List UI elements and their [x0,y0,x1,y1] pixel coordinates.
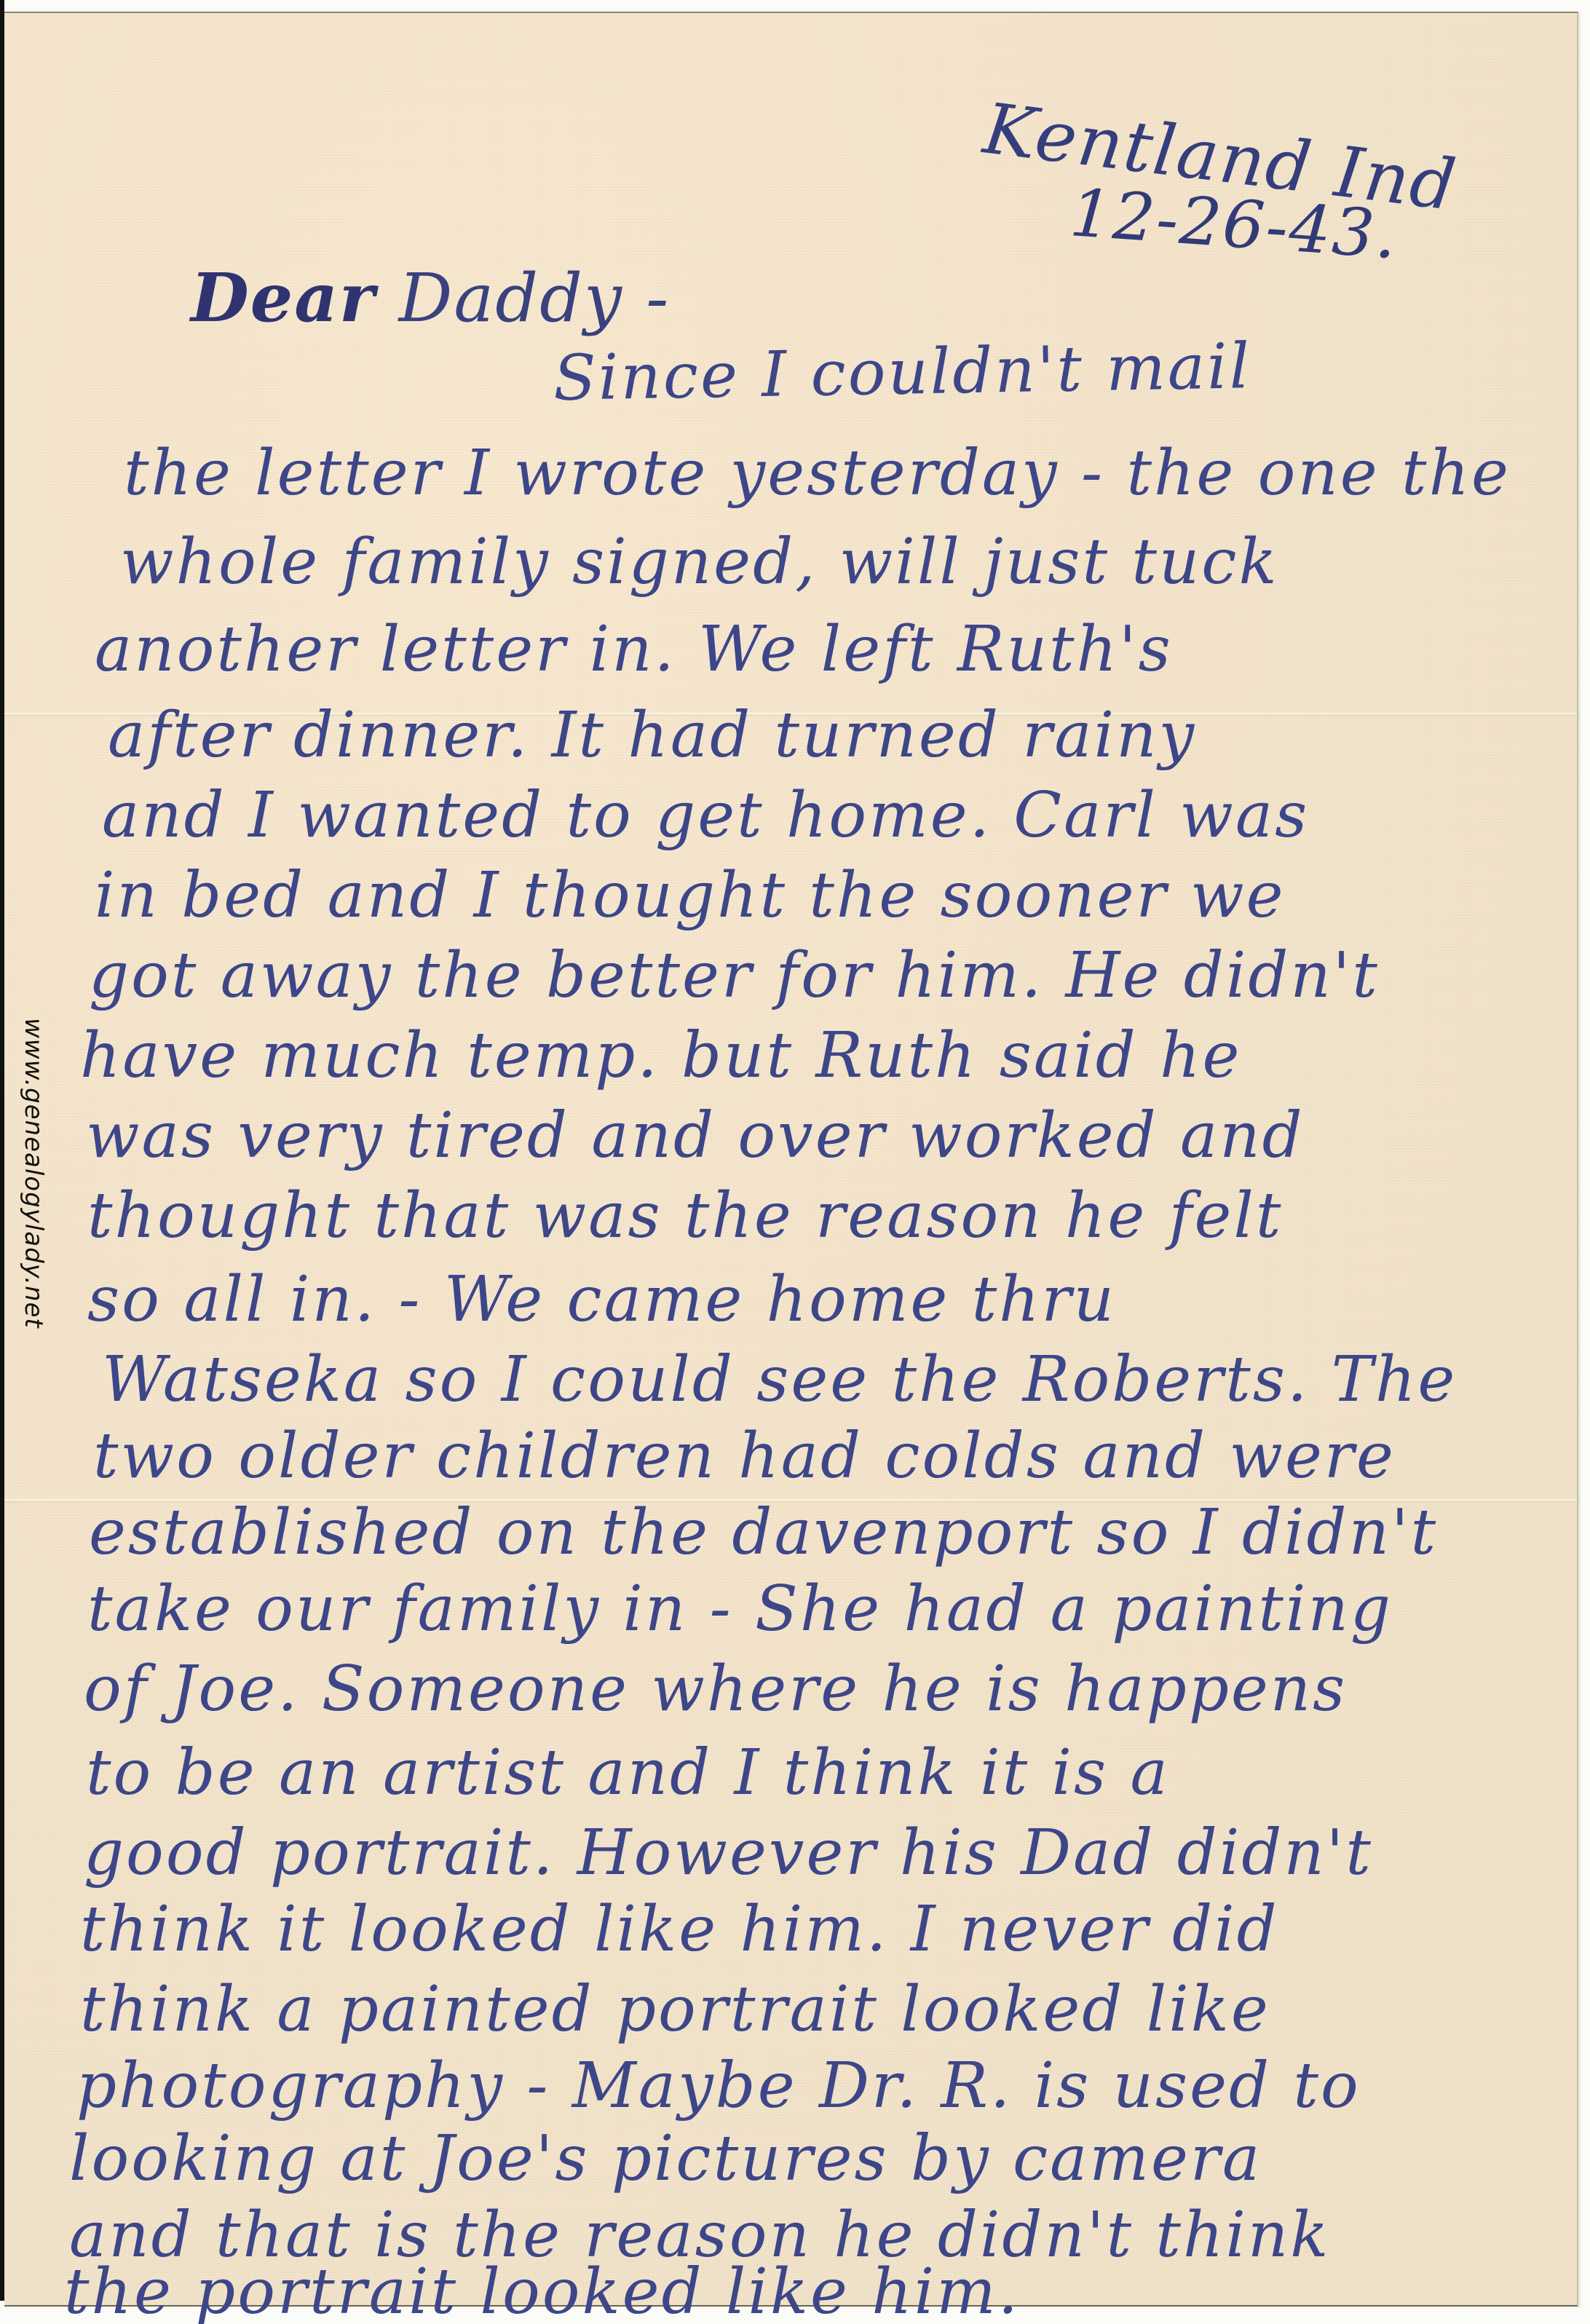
body-line: was very tired and over worked and [86,1099,1305,1172]
greeting-name: Daddy - [399,259,671,337]
body-line: good portrait. However his Dad didn't [84,1817,1373,1889]
body-line: think a painted portrait looked like [80,1973,1270,2046]
body-line: thought that was the reason he felt [87,1179,1283,1252]
body-line: to be an artist and I think it is a [86,1736,1170,1809]
body-line: and I wanted to get home. Carl was [102,779,1309,852]
body-line: after dinner. It had turned rainy [108,699,1196,772]
body-line: of Joe. Someone where he is happens [84,1653,1347,1726]
body-line: Watseka so I could see the Roberts. The [102,1343,1457,1416]
body-line: Since I couldn't mail [553,330,1252,415]
body-line: have much temp. but Ruth said he [80,1019,1241,1092]
greeting-salutation: Dear [191,258,376,337]
body-line: photography - Maybe Dr. R. is used to [76,2050,1361,2122]
body-line: established on the davenport so I didn't [89,1496,1438,1569]
watermark-text: www.genealogylady.net [16,1018,48,1324]
body-line: got away the better for him. He didn't [89,939,1380,1012]
body-line: take our family in - She had a painting [87,1573,1393,1645]
body-line: whole family signed, will just tuck [120,526,1279,598]
body-line: looking at Joe's pictures by camera [69,2122,1262,2195]
body-line: the portrait looked like him. [64,2256,1020,2324]
body-line: two older children had colds and were [93,1420,1396,1493]
body-line: another letter in. We left Ruth's [95,613,1173,686]
letter-greeting: Dear Daddy - [191,258,670,337]
body-line: so all in. - We came home thru [87,1263,1116,1336]
body-line: think it looked like him. I never did [80,1893,1279,1966]
body-line: the letter I wrote yesterday - the one t… [124,437,1511,510]
body-line: in bed and I thought the sooner we [95,859,1285,932]
